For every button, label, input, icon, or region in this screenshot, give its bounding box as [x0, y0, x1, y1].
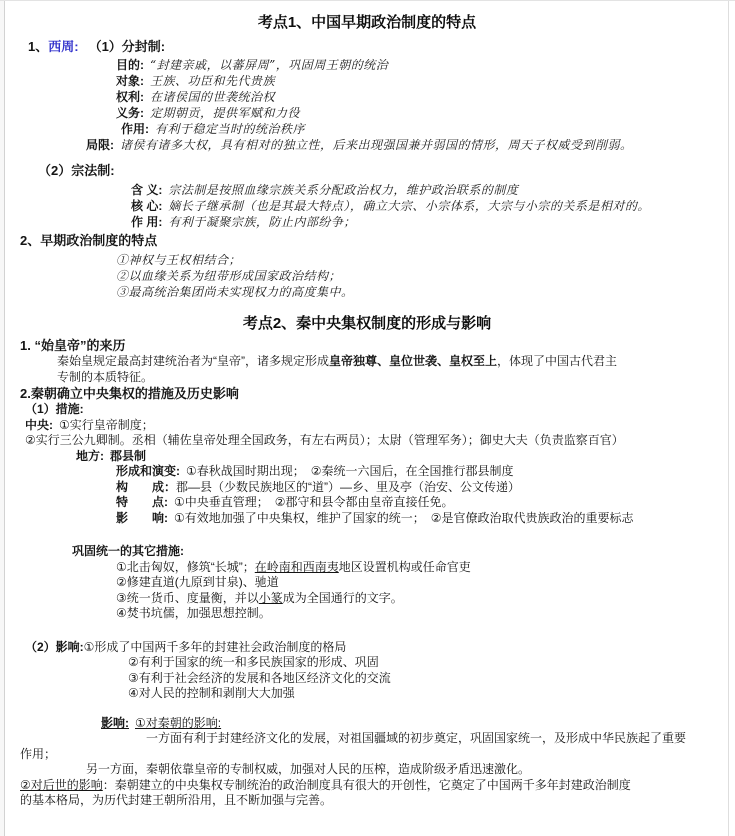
- gonggu-item-pre: ③统一货币、度量衡，并以: [116, 591, 259, 605]
- gonggu-item-pre: ④焚书坑儒，加强思想控制。: [116, 606, 271, 620]
- fengjian-item-text: “封建亲戚，以蕃屏周”，巩固周王朝的统治: [150, 58, 388, 72]
- gonggu-item-pre: ②修建直道(九原到甘泉)、驰道: [116, 575, 279, 589]
- zhongyang-item1: ①实行皇帝制度；: [59, 418, 154, 432]
- fengjian-item: 义务:定期朝贡，提供军赋和力役: [116, 105, 728, 121]
- kaodian2-title: 考点2、秦中央集权制度的形成与影响: [6, 314, 728, 334]
- qin-impact-line2: 另一方面，秦朝依靠皇帝的专制权威，加强对人民的压榨，造成阶级矛盾迅速激化。: [86, 762, 728, 778]
- yingxiang-item1: ①形成了中国两千多年的封建社会政治制度的格局: [84, 640, 347, 654]
- section-kaodian1: 考点1、中国早期政治制度的特点 1、西周:（1）分封制: 目的:“封建亲戚，以蕃…: [6, 13, 728, 300]
- yingxiang-sub2-line: （2）影响:①形成了中国两千多年的封建社会政治制度的格局: [25, 640, 728, 656]
- yingxiang-detail-label: 影响:: [101, 716, 129, 730]
- zongfa-item: 核 心:嫡长子继承制（也是其最大特点），确立大宗、小宗体系，大宗与小宗的关系是相…: [131, 198, 728, 214]
- xizhou-heading-line: 1、西周:（1）分封制:: [28, 39, 728, 55]
- gonggu-item-pre: ①北击匈奴，修筑“长城”；: [116, 560, 255, 574]
- gonggu-item-post: 地区设置机构或任命官吏: [339, 560, 471, 574]
- fengjian-item-text: 定期朝贡，提供军赋和力役: [150, 106, 300, 120]
- gonggu-item-underlined: 小篆: [259, 591, 283, 605]
- junxian-row: 影 响:①有效地加强了中央集权，维护了国家的统一； ②是官僚政治取代贵族政治的重…: [116, 511, 728, 527]
- fengjian-item-label: 权利:: [116, 90, 144, 104]
- gonggu-item-post: 成为全国通行的文字。: [283, 591, 403, 605]
- junxian-row-text: ①有效地加强了中央集权，维护了国家的统一； ②是官僚政治取代贵族政治的重要标志: [174, 511, 634, 525]
- difang-label: 地方:: [76, 449, 104, 463]
- junxian-row: 特 点:①中央垂直管理； ②郡守和县令都由皇帝直接任免。: [116, 495, 728, 511]
- qin-impact-line1-wrap: 作用；: [20, 747, 728, 763]
- zongfa-item-label: 作 用:: [131, 215, 162, 229]
- zongfa-item-text: 嫡长子继承制（也是其最大特点），确立大宗、小宗体系，大宗与小宗的关系是相对的。: [168, 199, 650, 213]
- shihuangdi-text-post: ，体现了中国古代君主: [497, 354, 617, 368]
- fengjian-heading: （1）分封制:: [89, 39, 166, 54]
- section-kaodian2: 考点2、秦中央集权制度的形成与影响 1. “始皇帝”的来历 秦始皇规定最高封建统…: [6, 314, 728, 809]
- shihuangdi-paragraph-line1: 秦始皇规定最高封建统治者为“皇帝”，诸多规定形成皇帝独尊、皇位世袭、皇权至上，体…: [57, 354, 728, 370]
- zongfa-heading: （2）宗法制:: [38, 163, 728, 179]
- difang-line: 地方:郡县制: [76, 449, 728, 465]
- fengjian-item-label: 作用:: [121, 122, 149, 136]
- shihuangdi-paragraph-line2: 专制的本质特征。: [57, 370, 728, 386]
- fengjian-item-label: 对象:: [116, 74, 144, 88]
- xizhou-label: 西周:: [48, 39, 78, 54]
- fengjian-item-text: 在诸侯国的世袭统治权: [150, 90, 275, 104]
- fengjian-item-text: 诸侯有诸多大权，具有相对的独立性，后来出现强国兼并弱国的情形，周天子权威受到削弱…: [120, 138, 633, 152]
- yingxiang-item: ②有利于国家的统一和多民族国家的形成、巩固: [128, 655, 728, 671]
- junxian-row-label: 构 成：: [116, 480, 176, 494]
- zongfa-item-label: 核 心:: [131, 199, 162, 213]
- fengjian-item-text: 王族、功臣和先代贵族: [150, 74, 275, 88]
- cuoshi-sub1: （1）措施:: [25, 402, 728, 418]
- junxian-row-text: ①春秋战国时期出现； ②秦统一六国后，在全国推行郡县制度: [186, 464, 514, 478]
- document-content: 考点1、中国早期政治制度的特点 1、西周:（1）分封制: 目的:“封建亲戚，以蕃…: [6, 1, 728, 809]
- junxian-row: 构 成：郡—县（少数民族地区的“道”）—乡、里及亭（治安、公文传递）: [116, 480, 728, 496]
- fengjian-item-text: 有利于稳定当时的统治秩序: [155, 122, 305, 136]
- yingxiang-detail-sub: ①对秦朝的影响:: [135, 716, 221, 730]
- features-heading: 2、早期政治制度的特点: [20, 233, 728, 249]
- zongfa-item-text: 有利于凝聚宗族，防止内部纷争；: [168, 215, 356, 229]
- zongfa-item-label: 含 义:: [131, 183, 162, 197]
- fengjian-item: 局限:诸侯有诸多大权，具有相对的独立性，后来出现强国兼并弱国的情形，周天子权威受…: [86, 137, 728, 153]
- gonggu-item: ②修建直道(九原到甘泉)、驰道: [116, 575, 728, 591]
- fengjian-item: 目的:“封建亲戚，以蕃屏周”，巩固周王朝的统治: [116, 57, 728, 73]
- houshi-underlined: ②对后世的影响: [20, 778, 103, 792]
- zongfa-item-text: 宗法制是按照血缘宗族关系分配政治权力，维护政治联系的制度: [168, 183, 518, 197]
- cuoshi-heading: 2.秦朝确立中央集权的措施及历史影响: [20, 385, 728, 402]
- houshi-impact-line1: ②对后世的影响：秦朝建立的中央集权专制统治的政治制度具有很大的开创性，它奠定了中…: [20, 778, 728, 794]
- yingxiang-detail-heading: 影响:①对秦朝的影响:: [101, 716, 728, 732]
- junxian-row-text: 郡—县（少数民族地区的“道”）—乡、里及亭（治安、公文传递）: [176, 480, 520, 494]
- houshi-rest: ：秦朝建立的中央集权专制统治的政治制度具有很大的开创性，它奠定了中国两千多年封建…: [103, 778, 631, 792]
- junxian-row: 形成和演变:①春秋战国时期出现； ②秦统一六国后，在全国推行郡县制度: [116, 464, 728, 480]
- shihuangdi-heading: 1. “始皇帝”的来历: [20, 337, 728, 354]
- fengjian-item: 对象:王族、功臣和先代贵族: [116, 73, 728, 89]
- gonggu-item: ④焚书坑儒，加强思想控制。: [116, 606, 728, 622]
- fengjian-item: 权利:在诸侯国的世袭统治权: [116, 89, 728, 105]
- junxian-row-text: ①中央垂直管理； ②郡守和县令都由皇帝直接任免。: [174, 495, 454, 509]
- junxian-row-label: 影 响:: [116, 511, 168, 525]
- yingxiang-item: ④对人民的控制和剥削大大加强: [128, 686, 728, 702]
- zongfa-item: 作 用:有利于凝聚宗族，防止内部纷争；: [131, 214, 728, 230]
- difang-value: 郡县制: [110, 449, 146, 463]
- fengjian-item: 作用:有利于稳定当时的统治秩序: [121, 121, 728, 137]
- fengjian-item-label: 目的:: [116, 58, 144, 72]
- junxian-row-label: 特 点:: [116, 495, 168, 509]
- kaodian1-title: 考点1、中国早期政治制度的特点: [6, 13, 728, 33]
- features-item: ②以血缘关系为纽带形成国家政治结构；: [116, 268, 728, 284]
- xizhou-number: 1、: [28, 39, 48, 54]
- yingxiang-item: ③有利于社会经济的发展和各地区经济文化的交流: [128, 671, 728, 687]
- yingxiang-sub2-label: （2）影响:: [25, 640, 84, 654]
- shihuangdi-text-bold: 皇帝独尊、皇位世袭、皇权至上: [329, 354, 497, 368]
- gonggu-item-underlined: 在岭南和西南夷: [255, 560, 339, 574]
- junxian-row-label: 形成和演变:: [116, 464, 180, 478]
- features-item: ③最高统治集团尚未实现权力的高度集中。: [116, 284, 728, 300]
- fengjian-item-label: 义务:: [116, 106, 144, 120]
- gonggu-item: ①北击匈奴，修筑“长城”；在岭南和西南夷地区设置机构或任命官吏: [116, 560, 728, 576]
- features-item: ①神权与王权相结合；: [116, 252, 728, 268]
- zhongyang-label: 中央:: [25, 418, 53, 432]
- zhongyang-item2: ②实行三公九卿制。丞相（辅佐皇帝处理全国政务，有左右两员）；太尉（管理军务）；御…: [25, 433, 728, 449]
- fengjian-item-label: 局限:: [86, 138, 114, 152]
- gonggu-item: ③统一货币、度量衡，并以小篆成为全国通行的文字。: [116, 591, 728, 607]
- shihuangdi-text-pre: 秦始皇规定最高封建统治者为“皇帝”，诸多规定形成: [57, 354, 329, 368]
- qin-impact-line1: 一方面有利于封建经济文化的发展，对祖国疆域的初步奠定，巩固国家统一，及形成中华民…: [146, 731, 728, 747]
- document-page: 考点1、中国早期政治制度的特点 1、西周:（1）分封制: 目的:“封建亲戚，以蕃…: [0, 0, 735, 836]
- page-edge-left: [0, 1, 5, 836]
- page-edge-right: [728, 1, 729, 836]
- gonggu-heading: 巩固统一的其它措施:: [72, 544, 728, 560]
- houshi-impact-line2: 的基本格局，为历代封建王朝所沿用，且不断加强与完善。: [20, 793, 728, 809]
- zongfa-item: 含 义:宗法制是按照血缘宗族关系分配政治权力，维护政治联系的制度: [131, 182, 728, 198]
- zhongyang-line1: 中央:①实行皇帝制度；: [25, 418, 728, 434]
